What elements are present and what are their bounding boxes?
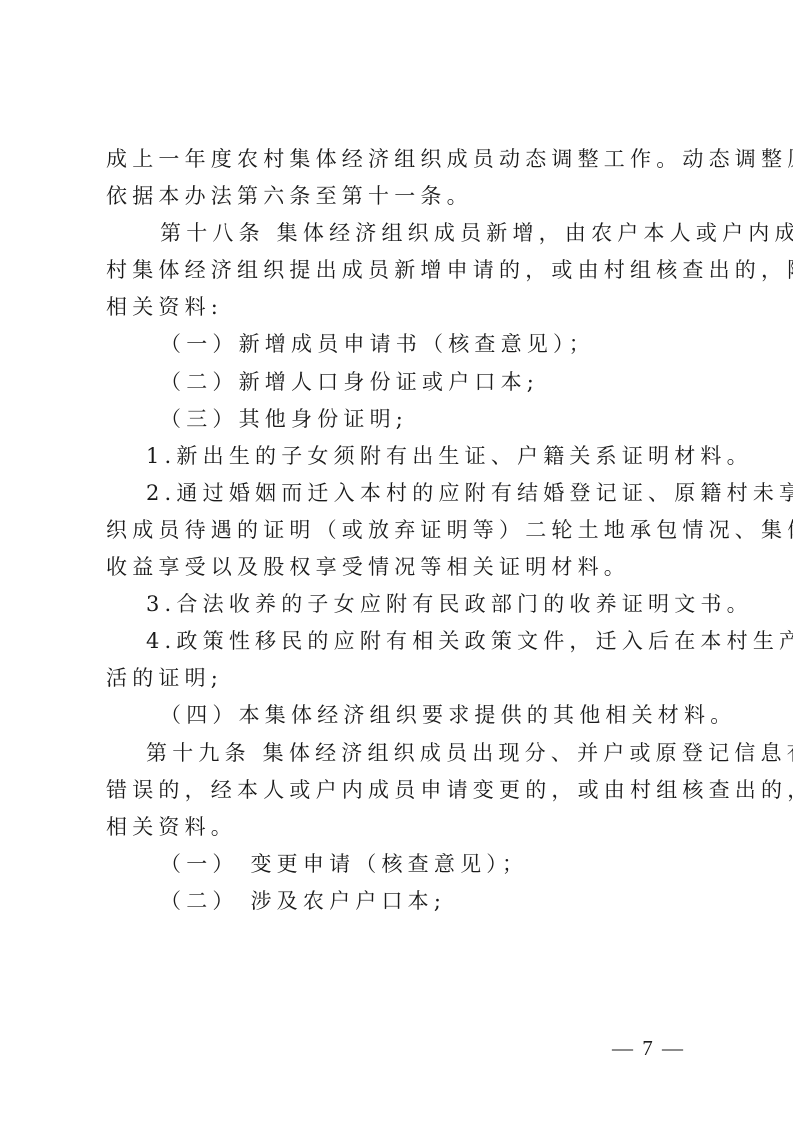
numbered-item: 2.通过婚姻而迁入本村的应附有结婚登记证、原籍村未享受组 (106, 475, 696, 512)
numbered-item: 3.合法收养的子女应附有民政部门的收养证明文书。 (106, 586, 696, 623)
numbered-item: 4.政策性移民的应附有相关政策文件，迁入后在本村生产生 (106, 623, 696, 660)
text-line: 成上一年度农村集体经济组织成员动态调整工作。动态调整原则 (106, 141, 696, 178)
list-item: （三）其他身份证明; (106, 401, 696, 438)
article-19-heading-line: 第十九条 集体经济组织成员出现分、并户或原登记信息有 (106, 735, 696, 772)
list-item: （二）新增人口身份证或户口本; (106, 364, 696, 401)
body-text: 成上一年度农村集体经济组织成员动态调整工作。动态调整原则 依据本办法第六条至第十… (106, 141, 696, 920)
text-line: 织成员待遇的证明（或放弃证明等）二轮土地承包情况、集体经济 (106, 512, 696, 549)
text-line: 收益享受以及股权享受情况等相关证明材料。 (106, 549, 696, 586)
page-number: — 7 — (612, 1036, 685, 1061)
article-18-heading-line: 第十八条 集体经济组织成员新增，由农户本人或户内成员向 (106, 215, 696, 252)
document-page: 成上一年度农村集体经济组织成员动态调整工作。动态调整原则 依据本办法第六条至第十… (0, 0, 793, 1122)
text-line: 依据本办法第六条至第十一条。 (106, 178, 696, 215)
text-line: 相关资料: (106, 289, 696, 326)
text-line: 错误的，经本人或户内成员申请变更的，或由村组核查出的，附 (106, 772, 696, 809)
list-item: （一） 变更申请（核查意见）； (106, 846, 696, 883)
text-line: 村集体经济组织提出成员新增申请的，或由村组核查出的，附以下 (106, 252, 696, 289)
list-item: （二） 涉及农户户口本; (106, 883, 696, 920)
numbered-item: 1.新出生的子女须附有出生证、户籍关系证明材料。 (106, 438, 696, 475)
text-line: 相关资料。 (106, 809, 696, 846)
list-item: （一）新增成员申请书（核查意见）； (106, 326, 696, 363)
text-line: 活的证明; (106, 660, 696, 697)
list-item: （四）本集体经济组织要求提供的其他相关材料。 (106, 697, 696, 734)
